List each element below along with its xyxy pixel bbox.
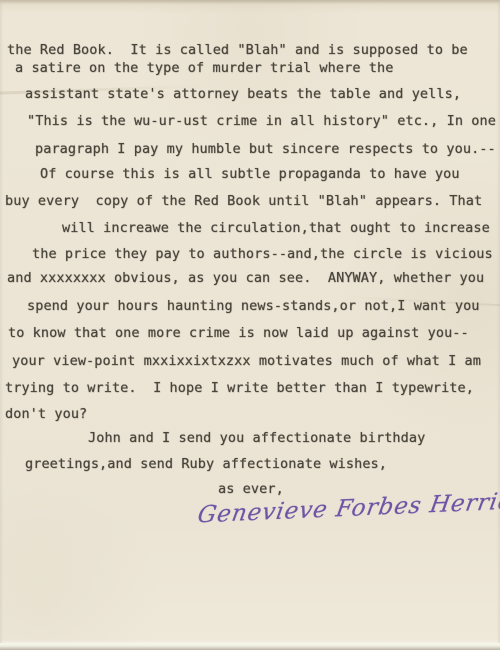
letter-line: greetings,and send Ruby affectionate wis…: [25, 457, 387, 472]
letter-line: paragraph I pay my humble but sincere re…: [35, 142, 496, 157]
letter-line: the price they pay to authors--and,the c…: [32, 247, 493, 262]
page-bottom-edge: [0, 643, 500, 650]
letter-line: the Red Book. It is called "Blah" and is…: [7, 43, 468, 58]
letter-line: as ever,: [218, 482, 284, 497]
letter-line: don't you?: [5, 407, 87, 422]
letter-line: spend your hours haunting news-stands,or…: [27, 299, 480, 314]
letter-line: Of course this is all subtle propaganda …: [40, 167, 460, 182]
letter-line: trying to write. I hope I write better t…: [5, 381, 474, 396]
letter-page: the Red Book. It is called "Blah" and is…: [0, 0, 500, 643]
letter-line: and xxxxxxxx obvious, as you can see. AN…: [7, 271, 484, 286]
letter-line: to know that one more crime is now laid …: [8, 326, 469, 341]
letter-line: assistant state's attorney beats the tab…: [25, 87, 461, 102]
letter-line: buy every copy of the Red Book until "Bl…: [5, 194, 482, 209]
letter-line: "This is the wu-ur-ust crime in all hist…: [27, 114, 496, 129]
letter-line: your view-point mxxixxixtxzxx motivates …: [12, 354, 481, 369]
letter-line: a satire on the type of murder trial whe…: [15, 61, 393, 76]
signature: Genevieve Forbes Herrick: [192, 491, 450, 550]
letter-line: John and I send you affectionate birthda…: [88, 431, 425, 446]
letter-line: will increawe the circulation,that ought…: [62, 221, 490, 236]
